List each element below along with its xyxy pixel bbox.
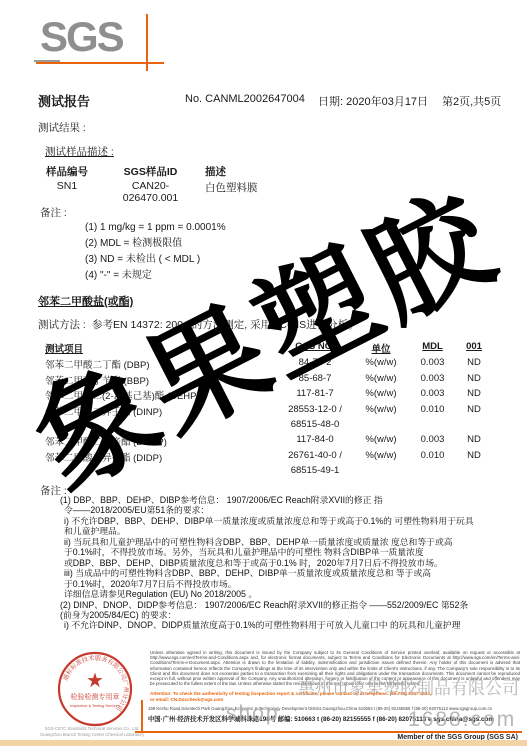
sgs-logo: SGS bbox=[40, 16, 123, 58]
report-date: 日期: 2020年03月17日 bbox=[318, 93, 428, 109]
remark-line: 令——2018/2005/EU第51条的要求： bbox=[60, 505, 522, 515]
sgs-logo-text: SGS bbox=[40, 13, 123, 60]
sample-no-value: SN1 bbox=[42, 180, 92, 192]
cell-cas-line2: 68515-49-1 bbox=[270, 465, 360, 476]
logo-orange-hline bbox=[36, 62, 164, 64]
cell-result: ND bbox=[458, 357, 490, 368]
cell-mdl: 0.010 bbox=[410, 404, 455, 415]
cell-result: ND bbox=[458, 404, 490, 415]
shop-watermark-left: shop bbox=[226, 702, 280, 726]
star-icon: ★ bbox=[86, 670, 104, 692]
sample-col-description: 描述 bbox=[205, 164, 226, 179]
test-report-page: SGS 测试报告 No. CANML2002647004 日期: 2020年03… bbox=[0, 0, 527, 746]
remark-line: (3) ND = 未检出 ( < MDL ) bbox=[85, 252, 226, 268]
remark-line: 或DBP、BBP、DEHP、DIBP质量浓度总和等于或高于0.1% 时，2020… bbox=[60, 558, 522, 568]
remark-line: iii) 当成品中的可塑性物料含DBP、BBP、DEHP、DIBP单一质量浓度或… bbox=[60, 568, 522, 578]
cell-mdl: 0.010 bbox=[410, 450, 455, 461]
stamp-company-line2: Guangzhou Branch Testing Center Chemical… bbox=[32, 732, 152, 737]
cell-mdl: 0.003 bbox=[410, 373, 455, 384]
remarks1-label: 备注 : bbox=[40, 205, 67, 220]
remark-line: 详细信息请参见Regulation (EU) No 2018/2005 。 bbox=[60, 589, 522, 599]
remark-line: 于0.1%时，不得投放市场。另外，当玩具和儿童护理品中的可塑性 物料含DIBP单… bbox=[60, 547, 522, 557]
footer-orange-vline bbox=[141, 700, 143, 732]
remark-line: ii) 当玩具和儿童护理品中的可塑性物料含DBP、BBP、DEHP单一质量浓度或… bbox=[60, 537, 522, 547]
remark-line: (4) "-" = 未规定 bbox=[85, 268, 226, 284]
remarks2-list: (1) DBP、BBP、DEHP、DIBP参考信息： 1907/2006/EC … bbox=[60, 495, 522, 631]
remark-line: 于0.1%时，2020年7月7日后不得投放市场。 bbox=[60, 579, 522, 589]
remarks1-list: (1) 1 mg/kg = 1 ppm = 0.0001% (2) MDL = … bbox=[85, 220, 226, 284]
cell-mdl: 0.003 bbox=[410, 388, 455, 399]
stamp-en-text: Inspection & Testing Services bbox=[70, 704, 120, 708]
cell-unit: %(w/w) bbox=[358, 388, 404, 399]
cell-unit: %(w/w) bbox=[358, 404, 404, 415]
cell-mdl: 0.003 bbox=[410, 434, 455, 445]
sample-description-title: 测试样品描述 : bbox=[45, 144, 114, 159]
cell-result: ND bbox=[458, 388, 490, 399]
cell-unit: %(w/w) bbox=[358, 450, 404, 461]
remark-line: i) 不允许DINP、DNOP、DIDP质量浓度高于0.1%的可塑性物料用于可放… bbox=[60, 620, 522, 630]
sample-description-value: 白色塑料膜 bbox=[205, 180, 258, 195]
sgs-sample-id-value: CAN20-026470.001 bbox=[108, 180, 193, 204]
remark-line: (1) DBP、BBP、DEHP、DIBP参考信息： 1907/2006/EC … bbox=[60, 495, 522, 505]
sample-col-sgs-id: SGS样品ID bbox=[108, 164, 193, 179]
remark-line: (1) 1 mg/kg = 1 ppm = 0.0001% bbox=[85, 220, 226, 236]
test-results-label: 测试结果 : bbox=[38, 120, 86, 135]
cell-cas: 117-84-0 bbox=[270, 434, 360, 445]
cell-mdl: 0.003 bbox=[410, 357, 455, 368]
cell-unit: %(w/w) bbox=[358, 434, 404, 445]
remark-line: (2) DINP、DNOP、DIDP参考信息： 1907/2006/EC Rea… bbox=[60, 600, 522, 610]
cell-unit: %(w/w) bbox=[358, 373, 404, 384]
remark-line: (2) MDL = 检测极限值 bbox=[85, 236, 226, 252]
page-title: 测试报告 bbox=[38, 91, 90, 110]
sample-col-sample-no: 样品编号 bbox=[42, 164, 92, 179]
cell-cas: 26761-40-0 / bbox=[270, 450, 360, 461]
company-overlay-watermark: 惠州市象果塑胶制品有限公司 bbox=[298, 674, 519, 699]
remark-line: i) 不允许DBP、BBP、DEHP、DIBP单一质量浓度或质量浓度总和等于或高… bbox=[60, 516, 522, 526]
stamp-cn-text: 检验检测专用章 bbox=[71, 692, 120, 701]
page-number: 第2页,共5页 bbox=[442, 93, 501, 109]
footer-color-bar bbox=[0, 740, 527, 746]
test-method-label: 测试方法 : bbox=[38, 317, 86, 332]
inspection-stamp-seal: 通标标准技术服务有限公司广州分公司 ★ 检验检测专用章 Inspection &… bbox=[56, 650, 134, 728]
cell-cas-line2: 68515-48-0 bbox=[270, 419, 360, 430]
phthalates-section-title: 邻苯二甲酸盐(或酯) bbox=[38, 293, 133, 309]
remark-line: (前身为2005/84/EC) 的要求： bbox=[60, 610, 522, 620]
cell-result: ND bbox=[458, 373, 490, 384]
header-001: 001 bbox=[458, 341, 490, 352]
cell-result: ND bbox=[458, 434, 490, 445]
remark-line: 和儿童护理品。 bbox=[60, 526, 522, 536]
cell-result: ND bbox=[458, 450, 490, 461]
header-mdl: MDL bbox=[410, 341, 455, 352]
report-number: No. CANML2002647004 bbox=[185, 93, 305, 105]
shop-watermark-right: 1688.com bbox=[408, 708, 516, 732]
